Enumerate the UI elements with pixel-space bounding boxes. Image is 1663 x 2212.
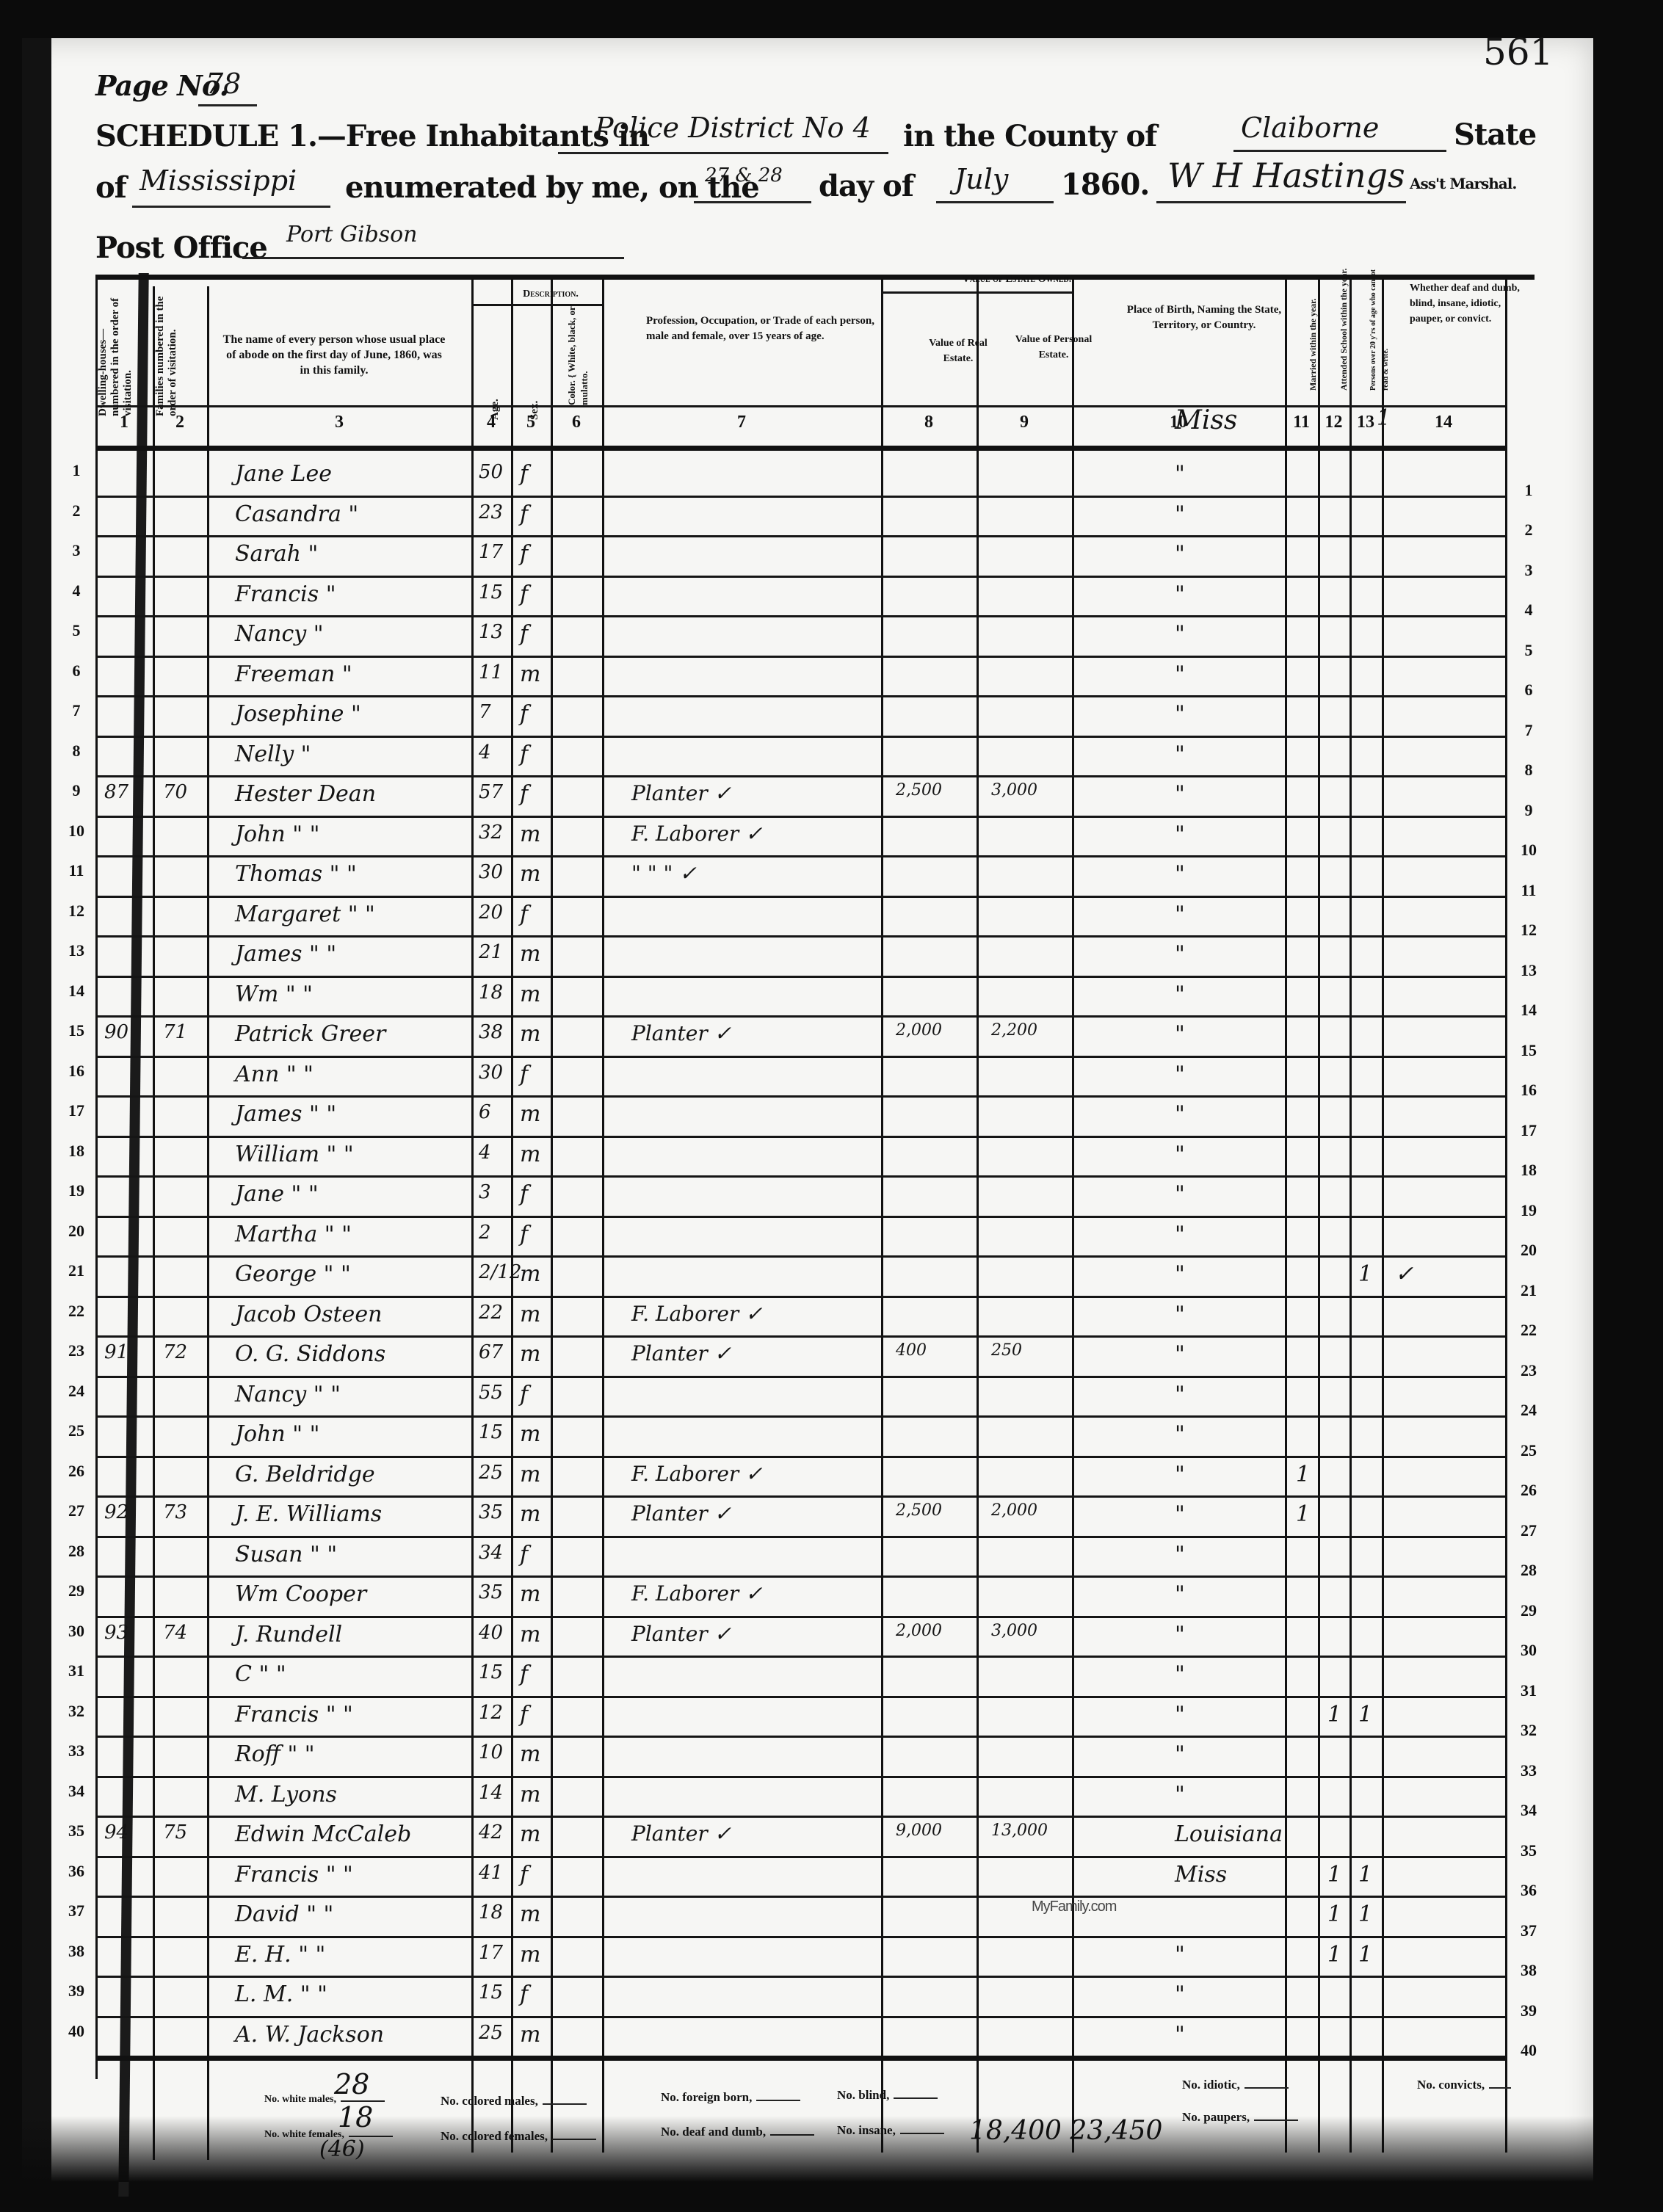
sex: m — [520, 822, 540, 847]
age: 40 — [479, 1622, 503, 1644]
footer-blind: No. blind, — [837, 2088, 938, 2103]
age: 55 — [479, 1382, 503, 1404]
row-rule — [95, 1335, 1505, 1338]
age: 15 — [479, 1421, 503, 1443]
birthplace: " — [1175, 1261, 1185, 1287]
personal-estate-value: 250 — [991, 1341, 1022, 1360]
column-number: 4 — [471, 413, 511, 432]
birthplace: " — [1175, 1942, 1185, 1968]
person-name: Nelly " — [235, 741, 311, 767]
right-line-number: 32 — [1512, 1721, 1545, 1740]
sex: f — [520, 541, 528, 567]
left-line-number: 33 — [60, 1741, 93, 1760]
age: 42 — [479, 1821, 503, 1843]
right-line-number: 4 — [1512, 601, 1545, 620]
birthplace: " — [1175, 741, 1185, 767]
left-line-number: 18 — [60, 1142, 93, 1161]
birthplace: " — [1175, 781, 1185, 807]
birthplace: " — [1175, 1462, 1185, 1487]
sex: f — [520, 461, 528, 487]
married-mark: 1 — [1296, 1501, 1310, 1527]
age: 35 — [479, 1501, 503, 1523]
column-divider — [95, 279, 98, 2079]
col-header-illiterate: Persons over 20 y'rs of age who cannot r… — [1367, 258, 1392, 391]
state-value: Mississippi — [140, 164, 297, 197]
personal-estate-value: 3,000 — [991, 1622, 1037, 1640]
right-line-number: 34 — [1512, 1801, 1545, 1820]
left-line-number: 37 — [60, 1901, 93, 1921]
column-number: 6 — [551, 413, 602, 432]
row-rule — [95, 1776, 1505, 1778]
right-line-number: 33 — [1512, 1761, 1545, 1780]
row-rule — [95, 1175, 1505, 1178]
row-rule — [95, 736, 1505, 738]
row-rule — [95, 2016, 1505, 2018]
col-header-infirmities: Whether deaf and dumb, blind, insane, id… — [1410, 280, 1531, 327]
occupation: Planter ✓ — [631, 1501, 731, 1526]
right-line-number: 29 — [1512, 1601, 1545, 1620]
age: 17 — [479, 541, 503, 563]
day-of-label: day of — [819, 169, 913, 203]
row-rule — [95, 1936, 1505, 1938]
colored-males-label: No. colored males, — [441, 2094, 538, 2108]
sex: m — [520, 1142, 540, 1167]
sex: m — [520, 1942, 540, 1968]
post-office-label: Post Office — [95, 231, 267, 265]
row-rule — [95, 1415, 1505, 1418]
right-line-number: 17 — [1512, 1121, 1545, 1140]
sex: f — [520, 1981, 528, 2007]
right-line-number: 21 — [1512, 1281, 1545, 1300]
age: 13 — [479, 621, 503, 643]
person-name: Josephine " — [235, 701, 361, 727]
row-rule — [95, 1216, 1505, 1218]
right-line-number: 6 — [1512, 681, 1545, 700]
person-name: Jane Lee — [235, 461, 332, 487]
birthplace: " — [1175, 461, 1185, 487]
left-line-number: 14 — [60, 982, 93, 1001]
watermark: MyFamily.com — [1032, 1899, 1116, 1915]
sex: f — [520, 1222, 528, 1247]
left-line-number: 27 — [60, 1501, 93, 1520]
person-name: O. G. Siddons — [235, 1341, 385, 1367]
column-number: 1 — [95, 413, 153, 432]
footer-convicts: No. convicts, — [1417, 2078, 1511, 2092]
person-name: John " " — [235, 822, 319, 847]
school-mark: 1 — [1327, 1862, 1341, 1888]
sex: m — [520, 2022, 540, 2048]
right-line-number: 12 — [1512, 921, 1545, 940]
column-number: 9 — [977, 413, 1072, 432]
left-line-number: 35 — [60, 1821, 93, 1841]
column-number-rule — [95, 446, 1505, 451]
col-header-school: Attended School within the year. — [1338, 258, 1350, 391]
col-header-description: Description. — [477, 286, 624, 302]
stamp-number: 561 — [1483, 31, 1553, 73]
occupation: Planter ✓ — [631, 1021, 731, 1045]
birthplace: " — [1175, 822, 1185, 847]
personal-estate-value: 3,000 — [991, 781, 1037, 799]
person-name: John " " — [235, 1421, 319, 1447]
col-header-personal-estate: Value of Personal Estate. — [1010, 332, 1098, 363]
left-line-number: 6 — [60, 661, 93, 681]
birthplace: " — [1175, 1101, 1185, 1127]
state-label: State — [1454, 117, 1536, 152]
county-value: Claiborne — [1241, 112, 1379, 144]
family-number: 75 — [163, 1821, 187, 1843]
sex: m — [520, 1821, 540, 1847]
left-line-number: 16 — [60, 1062, 93, 1081]
person-name: Nancy " — [235, 621, 324, 647]
row-rule — [95, 775, 1505, 777]
person-name: Roff " " — [235, 1741, 315, 1767]
sex: m — [520, 1622, 540, 1647]
footer-idiotic: No. idiotic, — [1182, 2078, 1289, 2092]
row-rule — [95, 656, 1505, 658]
sex: f — [520, 1542, 528, 1567]
row-rule — [95, 1736, 1505, 1738]
right-line-number: 31 — [1512, 1681, 1545, 1700]
row-rule — [95, 1896, 1505, 1898]
row-rule — [95, 816, 1505, 818]
dwelling-number: 91 — [104, 1341, 128, 1363]
top-birthplace: Miss — [1175, 405, 1237, 435]
occupation: Planter ✓ — [631, 1622, 731, 1646]
left-line-number: 26 — [60, 1462, 93, 1481]
district-value: Police District No 4 — [595, 112, 871, 144]
illiterate-mark: 1 — [1358, 1942, 1372, 1968]
row-rule — [95, 1696, 1505, 1698]
marshal-signature: W H Hastings — [1167, 156, 1405, 195]
illiterate-mark: 1 — [1358, 1702, 1372, 1727]
birthplace: " — [1175, 902, 1185, 927]
age: 17 — [479, 1942, 503, 1964]
school-mark: 1 — [1327, 1942, 1341, 1968]
birthplace: " — [1175, 1542, 1185, 1567]
right-line-number: 15 — [1512, 1041, 1545, 1060]
birthplace: " — [1175, 1661, 1185, 1687]
occupation: Planter ✓ — [631, 1341, 731, 1366]
sex: m — [520, 661, 540, 687]
birthplace: " — [1175, 1222, 1185, 1247]
age: 3 — [479, 1181, 491, 1203]
person-name: E. H. " " — [235, 1942, 325, 1968]
birthplace: " — [1175, 1341, 1185, 1367]
real-estate-value: 2,500 — [896, 1501, 942, 1520]
sex: f — [520, 1062, 528, 1087]
foreign-born-label: No. foreign born, — [661, 2090, 752, 2104]
birthplace: " — [1175, 2022, 1185, 2048]
col-header-family: Families numbered in the order of visita… — [154, 291, 191, 416]
school-mark: 1 — [1327, 1702, 1341, 1727]
dwelling-number: 90 — [104, 1021, 128, 1043]
binding-fold — [118, 273, 148, 2197]
sex: m — [520, 1901, 540, 1927]
column-number: 11 — [1285, 413, 1318, 432]
underline — [242, 257, 624, 259]
right-line-number: 9 — [1512, 801, 1545, 820]
person-name: George " " — [235, 1261, 351, 1287]
left-line-number: 5 — [60, 621, 93, 640]
left-line-number: 17 — [60, 1101, 93, 1120]
real-estate-value: 400 — [896, 1341, 927, 1360]
school-mark: 1 — [1327, 1901, 1341, 1927]
left-line-number: 2 — [60, 501, 93, 521]
col-header-married: Married within the year. — [1307, 258, 1319, 391]
sex: f — [520, 781, 528, 807]
age: 18 — [479, 1901, 503, 1923]
birthplace: " — [1175, 621, 1185, 647]
age: 30 — [479, 1062, 503, 1084]
row-rule — [95, 576, 1505, 578]
left-line-number: 21 — [60, 1261, 93, 1280]
person-name: Francis " " — [235, 1862, 353, 1888]
occupation: Planter ✓ — [631, 1821, 731, 1846]
header-bottom-rule — [95, 405, 1505, 407]
column-number: 3 — [207, 413, 471, 432]
birthplace: " — [1175, 541, 1185, 567]
personal-estate-value: 2,200 — [991, 1021, 1037, 1040]
right-line-number: 27 — [1512, 1521, 1545, 1540]
age: 12 — [479, 1702, 503, 1724]
right-line-number: 26 — [1512, 1481, 1545, 1500]
left-line-number: 15 — [60, 1021, 93, 1040]
age: 38 — [479, 1021, 503, 1043]
right-line-number: 7 — [1512, 721, 1545, 740]
real-estate-value: 9,000 — [896, 1821, 942, 1840]
birthplace: " — [1175, 941, 1185, 967]
person-name: Edwin McCaleb — [235, 1821, 411, 1847]
column-number: 14 — [1382, 413, 1505, 432]
convicts-label: No. convicts, — [1417, 2078, 1485, 2092]
family-number: 74 — [163, 1622, 187, 1644]
row-rule — [95, 1456, 1505, 1458]
person-name: Ann " " — [235, 1062, 314, 1087]
right-line-number: 38 — [1512, 1961, 1545, 1980]
underline — [1233, 150, 1446, 152]
age: 34 — [479, 1542, 503, 1564]
age: 32 — [479, 822, 503, 844]
census-page: Page No. 78 561 SCHEDULE 1.—Free Inhabit… — [22, 38, 1593, 2182]
page-number: 78 — [206, 68, 241, 100]
age: 22 — [479, 1302, 503, 1324]
age: 10 — [479, 1741, 503, 1763]
row-rule — [95, 1296, 1505, 1298]
right-line-number: 28 — [1512, 1561, 1545, 1580]
birthplace: " — [1175, 1782, 1185, 1807]
sex: m — [520, 861, 540, 887]
scan-border — [22, 38, 51, 2182]
col-header-occupation: Profession, Occupation, or Trade of each… — [646, 313, 896, 344]
header-subrule — [881, 291, 1072, 294]
left-line-number: 25 — [60, 1421, 93, 1440]
underline — [1156, 201, 1406, 203]
row-rule — [95, 695, 1505, 697]
occupation: Planter ✓ — [631, 781, 731, 805]
illiterate-mark: 1 — [1358, 1261, 1372, 1287]
person-name: C " " — [235, 1661, 286, 1687]
dwelling-number: 94 — [104, 1821, 128, 1843]
row-rule — [95, 1495, 1505, 1498]
person-name: L. M. " " — [235, 1981, 327, 2007]
left-line-number: 34 — [60, 1782, 93, 1801]
occupation: F. Laborer ✓ — [631, 1462, 763, 1486]
idiotic-label: No. idiotic, — [1182, 2078, 1240, 2092]
sex: m — [520, 1341, 540, 1367]
age: 67 — [479, 1341, 503, 1363]
sex: f — [520, 1382, 528, 1407]
birthplace: " — [1175, 1702, 1185, 1727]
left-line-number: 9 — [60, 781, 93, 800]
right-line-number: 19 — [1512, 1201, 1545, 1220]
age: 11 — [479, 661, 503, 683]
of-label: of — [95, 170, 126, 205]
row-rule — [95, 1136, 1505, 1138]
column-number: 7 — [602, 413, 881, 432]
left-line-number: 30 — [60, 1622, 93, 1641]
birthplace: " — [1175, 1421, 1185, 1447]
post-office-value: Port Gibson — [286, 222, 418, 247]
person-name: Patrick Greer — [235, 1021, 385, 1047]
sex: m — [520, 1782, 540, 1807]
row-rule — [95, 855, 1505, 857]
age: 25 — [479, 1462, 503, 1484]
right-line-number: 3 — [1512, 561, 1545, 580]
left-line-number: 23 — [60, 1341, 93, 1360]
sex: f — [520, 621, 528, 647]
row-rule — [95, 1616, 1505, 1618]
col-header-dwelling: Dwelling-houses—numbered in the order of… — [97, 291, 134, 416]
age: 2 — [479, 1222, 491, 1244]
county-label: in the County of — [903, 119, 1156, 153]
day-value: 27 & 28 — [705, 164, 783, 186]
row-rule — [95, 615, 1505, 617]
column-number: 5 — [511, 413, 551, 432]
person-name: Hester Dean — [235, 781, 376, 807]
age: 21 — [479, 941, 503, 963]
right-line-number: 35 — [1512, 1841, 1545, 1860]
person-name: Martha " " — [235, 1222, 352, 1247]
person-name: James " " — [235, 1101, 336, 1127]
footer-colored-males: No. colored males, — [441, 2094, 587, 2108]
right-line-number: 11 — [1512, 881, 1545, 900]
underline — [558, 152, 888, 154]
right-line-number: 18 — [1512, 1161, 1545, 1180]
right-line-number: 20 — [1512, 1241, 1545, 1260]
row-rule — [95, 1015, 1505, 1018]
family-number: 72 — [163, 1341, 187, 1363]
sex: f — [520, 701, 528, 727]
white-males-value: 28 — [334, 2068, 369, 2100]
left-line-number: 10 — [60, 822, 93, 841]
scan-shadow — [22, 2116, 1593, 2182]
birthplace: " — [1175, 1741, 1185, 1767]
occupation: " " " ✓ — [631, 861, 697, 885]
age: 18 — [479, 982, 503, 1004]
left-line-number: 3 — [60, 541, 93, 560]
personal-estate-value: 2,000 — [991, 1501, 1037, 1520]
age: 15 — [479, 1981, 503, 2004]
row-rule — [95, 1575, 1505, 1578]
underline — [198, 104, 257, 106]
sex: f — [520, 741, 528, 767]
sex: m — [520, 1421, 540, 1447]
person-name: Wm Cooper — [235, 1581, 366, 1607]
birthplace: " — [1175, 1501, 1185, 1527]
right-line-number: 16 — [1512, 1081, 1545, 1100]
occupation: F. Laborer ✓ — [631, 1302, 763, 1326]
sex: f — [520, 1181, 528, 1207]
row-rule — [95, 1656, 1505, 1658]
person-name: J. Rundell — [235, 1622, 342, 1647]
person-name: Francis " " — [235, 1702, 353, 1727]
year-label: 1860. — [1061, 167, 1149, 202]
birthplace: " — [1175, 982, 1185, 1007]
person-name: Nancy " " — [235, 1382, 341, 1407]
dwelling-number: 92 — [104, 1501, 128, 1523]
footer-foreign-born: No. foreign born, — [661, 2090, 800, 2105]
left-line-number: 4 — [60, 581, 93, 601]
right-line-number: 22 — [1512, 1321, 1545, 1340]
sex: m — [520, 1501, 540, 1527]
left-line-number: 22 — [60, 1302, 93, 1321]
sex: f — [520, 1661, 528, 1687]
person-name: William " " — [235, 1142, 354, 1167]
occupation: F. Laborer ✓ — [631, 1581, 763, 1606]
col-header-real-estate: Value of Real Estate. — [914, 336, 1002, 366]
real-estate-value: 2,000 — [896, 1622, 942, 1640]
left-line-number: 20 — [60, 1222, 93, 1241]
sex: f — [520, 1862, 528, 1888]
top-col13-mark: 1 — [1377, 405, 1391, 431]
row-rule — [95, 1056, 1505, 1058]
real-estate-value: 2,500 — [896, 781, 942, 799]
left-line-number: 8 — [60, 741, 93, 761]
age: 4 — [479, 1142, 491, 1164]
sex: m — [520, 1462, 540, 1487]
right-line-number: 25 — [1512, 1441, 1545, 1460]
dwelling-number: 87 — [104, 781, 128, 803]
right-line-number: 10 — [1512, 841, 1545, 860]
col-header-birthplace: Place of Birth, Naming the State, Territ… — [1109, 302, 1300, 333]
age: 25 — [479, 2022, 503, 2044]
person-name: Sarah " — [235, 541, 318, 567]
birthplace: " — [1175, 581, 1185, 607]
birthplace: " — [1175, 861, 1185, 887]
person-name: Susan " " — [235, 1542, 337, 1567]
sex: m — [520, 1021, 540, 1047]
column-divider — [207, 286, 209, 2160]
person-name: J. E. Williams — [235, 1501, 382, 1527]
enumerated-label: enumerated by me, on the — [345, 170, 759, 205]
person-name: Margaret " " — [235, 902, 375, 927]
age: 41 — [479, 1862, 503, 1884]
left-line-number: 38 — [60, 1942, 93, 1961]
right-line-number: 13 — [1512, 961, 1545, 980]
age: 2/12 — [479, 1261, 521, 1283]
sex: m — [520, 1581, 540, 1607]
left-line-number: 28 — [60, 1542, 93, 1561]
row-rule — [95, 1255, 1505, 1258]
birthplace: " — [1175, 1622, 1185, 1647]
row-rule — [95, 935, 1505, 938]
real-estate-value: 2,000 — [896, 1021, 942, 1040]
row-rule — [95, 496, 1505, 498]
personal-estate-value: 13,000 — [991, 1821, 1048, 1840]
right-line-number: 2 — [1512, 521, 1545, 540]
age: 6 — [479, 1101, 491, 1123]
left-line-number: 11 — [60, 861, 93, 880]
